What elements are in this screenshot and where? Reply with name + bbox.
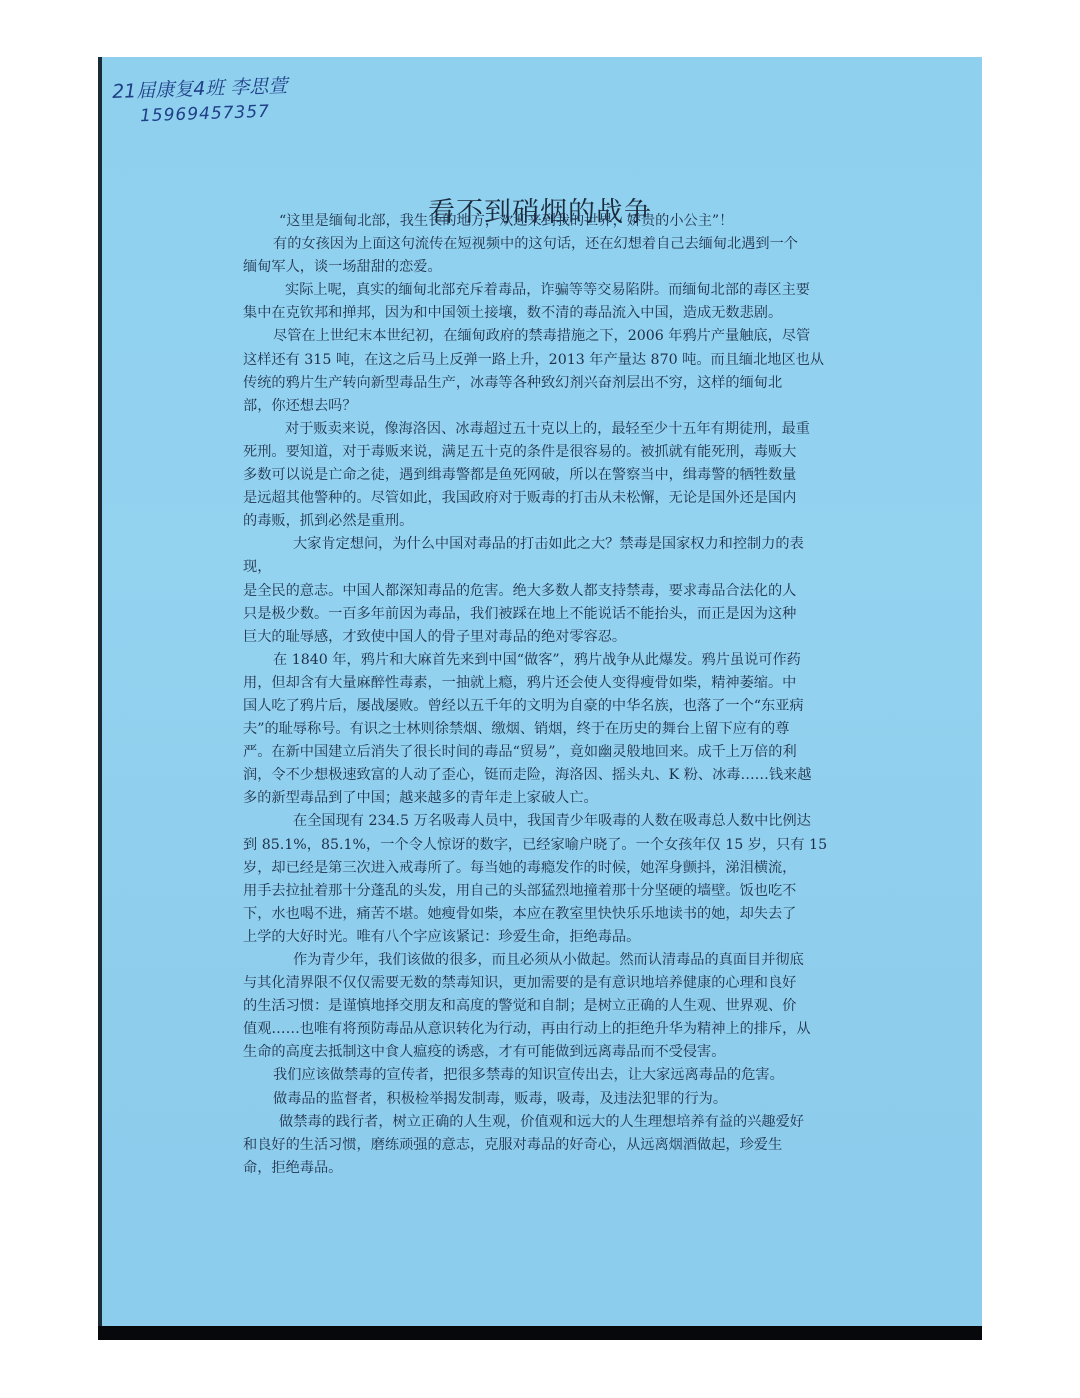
text-line: 到 85.1%，85.1%，一个令人惊讶的数字，已经家喻户晓了。一个女孩年仅 1… xyxy=(243,834,863,857)
text-line: 严。在新中国建立后消失了很长时间的毒品“贸易”，竟如幽灵般地回来。成千上万倍的利 xyxy=(243,741,863,764)
text-line: 值观……也唯有将预防毒品从意识转化为行动，再由行动上的拒绝升华为精神上的排斥，从 xyxy=(243,1018,863,1041)
text-line: 我们应该做禁毒的宣传者，把很多禁毒的知识宣传出去，让大家远离毒品的危害。 xyxy=(243,1064,863,1087)
text-line: 在 1840 年，鸦片和大麻首先来到中国“做客”，鸦片战争从此爆发。鸦片虽说可作… xyxy=(243,649,863,672)
text-line: 现， xyxy=(243,556,863,579)
text-line: 实际上呢，真实的缅甸北部充斥着毒品，诈骗等等交易陷阱。而缅甸北部的毒区主要 xyxy=(243,279,863,302)
text-line: 做禁毒的践行者，树立正确的人生观，价值观和远大的人生理想培养有益的兴趣爱好 xyxy=(243,1111,863,1134)
text-line: 用手去拉扯着那十分蓬乱的头发，用自己的头部猛烈地撞着那十分坚硬的墙壁。饭也吃不 xyxy=(243,880,863,903)
text-line: 多数可以说是亡命之徒，遇到缉毒警都是鱼死网破，所以在警察当中，缉毒警的牺牲数量 xyxy=(243,464,863,487)
text-line: 下，水也喝不进，痛苦不堪。她瘦骨如柴，本应在教室里快快乐乐地读书的她，却失去了 xyxy=(243,903,863,926)
text-line: 部，你还想去吗？ xyxy=(243,395,863,418)
text-line: 与其化清界限不仅仅需要无数的禁毒知识，更加需要的是有意识地培养健康的心理和良好 xyxy=(243,972,863,995)
text-line: 用，但却含有大量麻醉性毒素，一抽就上瘾，鸦片还会使人变得瘦骨如柴，精神萎缩。中 xyxy=(243,672,863,695)
paper-bottom-frame xyxy=(98,1326,982,1340)
text-line: 在全国现有 234.5 万名吸毒人员中，我国青少年吸毒的人数在吸毒总人数中比例达 xyxy=(243,810,863,833)
text-line: 国人吃了鸦片后，屡战屡败。曾经以五千年的文明为自豪的中华名族，也落了一个“东亚病 xyxy=(243,695,863,718)
text-line: 岁，却已经是第三次进入戒毒所了。每当她的毒瘾发作的时候，她浑身颤抖，涕泪横流， xyxy=(243,857,863,880)
text-line: 集中在克钦邦和掸邦，因为和中国领土接壤，数不清的毒品流入中国，造成无数悲剧。 xyxy=(243,302,863,325)
text-line: 是全民的意志。中国人都深知毒品的危害。绝大多数人都支持禁毒，要求毒品合法化的人 xyxy=(243,580,863,603)
text-line: 夫”的耻辱称号。有识之士林则徐禁烟、缴烟、销烟，终于在历史的舞台上留下应有的尊 xyxy=(243,718,863,741)
text-line: “这里是缅甸北部，我生长的地方，欢迎来到我的世界，娇贵的小公主”！ xyxy=(243,210,863,233)
text-line: 和良好的生活习惯，磨练顽强的意志，克服对毒品的好奇心，从远离烟酒做起，珍爱生 xyxy=(243,1134,863,1157)
text-line: 的生活习惯：是谨慎地择交朋友和高度的警觉和自制；是树立正确的人生观、世界观、价 xyxy=(243,995,863,1018)
text-line: 缅甸军人，谈一场甜甜的恋爱。 xyxy=(243,256,863,279)
text-line: 只是极少数。一百多年前因为毒品，我们被踩在地上不能说话不能抬头，而正是因为这种 xyxy=(243,603,863,626)
text-line: 作为青少年，我们该做的很多，而且必须从小做起。然而认清毒品的真面目并彻底 xyxy=(243,949,863,972)
document-body: “这里是缅甸北部，我生长的地方，欢迎来到我的世界，娇贵的小公主”！有的女孩因为上… xyxy=(243,210,863,1180)
text-line: 做毒品的监督者，积极检举揭发制毒，贩毒，吸毒，及违法犯罪的行为。 xyxy=(243,1088,863,1111)
text-line: 巨大的耻辱感，才致使中国人的骨子里对毒品的绝对零容忍。 xyxy=(243,626,863,649)
text-line: 生命的高度去抵制这中食人瘟疫的诱惑，才有可能做到远离毒品而不受侵害。 xyxy=(243,1041,863,1064)
text-line: 的毒贩，抓到必然是重刑。 xyxy=(243,510,863,533)
text-line: 尽管在上世纪末本世纪初，在缅甸政府的禁毒措施之下，2006 年鸦片产量触底，尽管 xyxy=(243,325,863,348)
text-line: 上学的大好时光。唯有八个字应该紧记：珍爱生命，拒绝毒品。 xyxy=(243,926,863,949)
text-line: 死刑。要知道，对于毒贩来说，满足五十克的条件是很容易的。被抓就有能死刑，毒贩大 xyxy=(243,441,863,464)
text-line: 传统的鸦片生产转向新型毒品生产，冰毒等各种致幻剂兴奋剂层出不穷，这样的缅甸北 xyxy=(243,372,863,395)
text-line: 多的新型毒品到了中国；越来越多的青年走上家破人亡。 xyxy=(243,787,863,810)
text-line: 是远超其他警种的。尽管如此，我国政府对于贩毒的打击从未松懈，无论是国外还是国内 xyxy=(243,487,863,510)
paper-left-shadow xyxy=(98,57,102,1333)
text-line: 对于贩卖来说，像海洛因、冰毒超过五十克以上的，最轻至少十五年有期徒刑，最重 xyxy=(243,418,863,441)
text-line: 命，拒绝毒品。 xyxy=(243,1157,863,1180)
text-line: 这样还有 315 吨，在这之后马上反弹一路上升，2013 年产量达 870 吨。… xyxy=(243,349,863,372)
text-line: 有的女孩因为上面这句流传在短视频中的这句话，还在幻想着自己去缅甸北遇到一个 xyxy=(243,233,863,256)
text-line: 大家肯定想问，为什么中国对毒品的打击如此之大？禁毒是国家权力和控制力的表 xyxy=(243,533,863,556)
text-line: 润，令不少想极速致富的人动了歪心，铤而走险，海洛因、摇头丸、K 粉、冰毒……钱来… xyxy=(243,764,863,787)
